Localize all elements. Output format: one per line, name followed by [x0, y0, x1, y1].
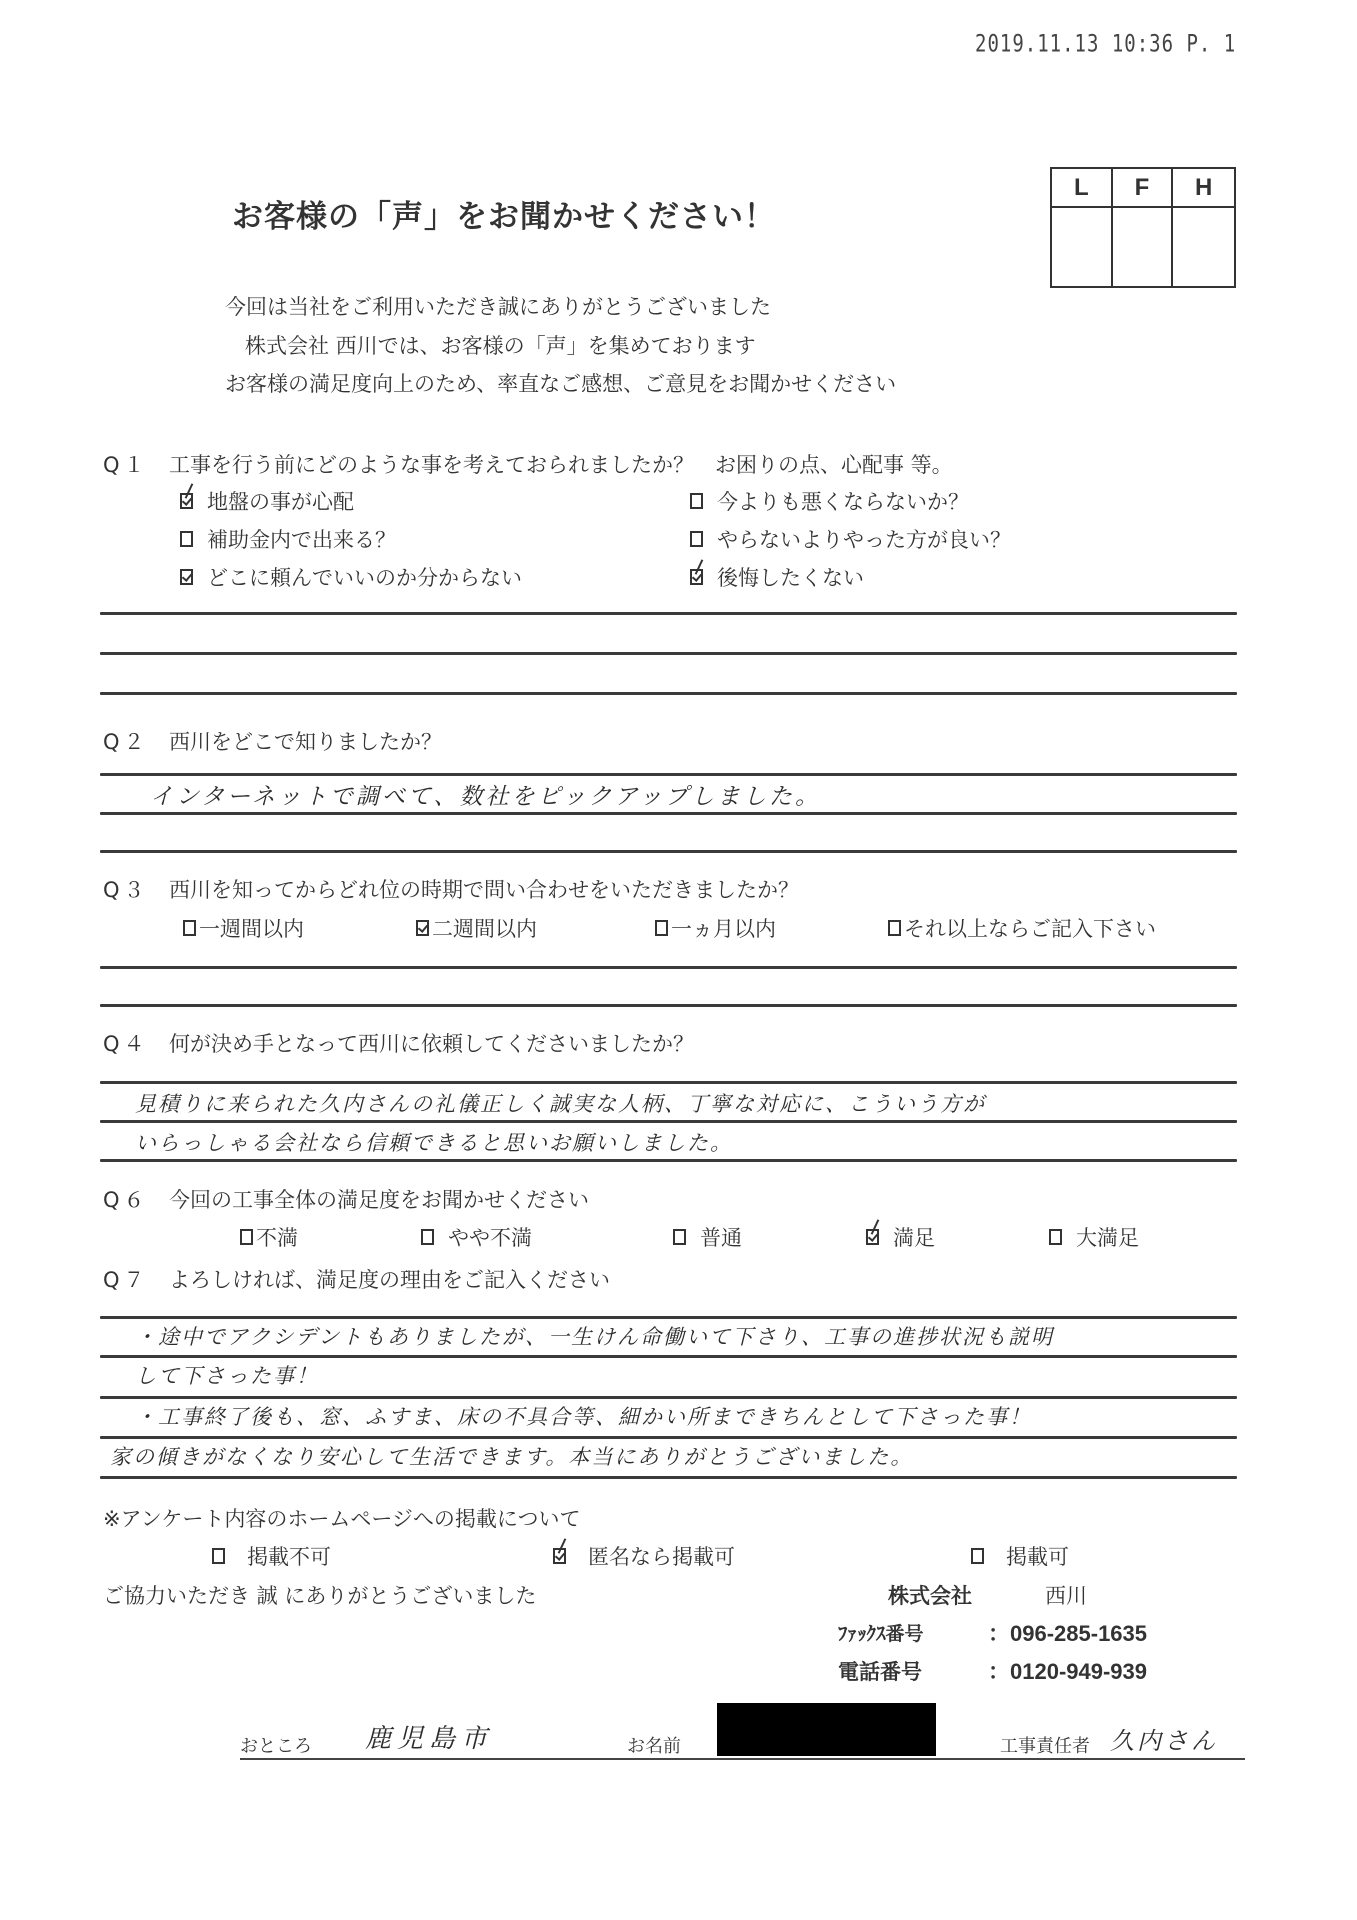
q1-number: Q１: [103, 449, 169, 479]
q1-option-6[interactable]: 後悔したくない: [690, 562, 864, 592]
q1-question: Q１工事を行う前にどのような事を考えておられましたか？ お困りの点、心配事 等。: [103, 449, 953, 479]
q3-option-3[interactable]: 一ヵ月以内: [655, 913, 776, 943]
checkbox-icon[interactable]: [183, 920, 196, 936]
q1-option-3-label: 補助金内で出来る？: [207, 524, 396, 554]
fax-timestamp: 2019.11.13 10:36 P. 1: [975, 30, 1236, 58]
q7-answer-line-4: [100, 1436, 1237, 1439]
q2-answer-line-2: [100, 812, 1237, 815]
q2-text: 西川をどこで知りましたか？: [169, 730, 442, 754]
fax-number: ：096-285-1635: [988, 1617, 1147, 1648]
q7-answer-line-3: [100, 1396, 1237, 1399]
q1-option-5[interactable]: どこに頼んでいいのか分からない: [180, 562, 522, 592]
checkbox-icon[interactable]: [180, 531, 193, 547]
q4-number: Q４: [103, 1028, 169, 1058]
q2-answer-line-1: [100, 773, 1237, 776]
q7-question: Q７よろしければ、満足度の理由をご記入ください: [103, 1264, 610, 1294]
q3-option-3-label: 一ヵ月以内: [671, 913, 776, 943]
lfh-header-l: L: [1052, 169, 1113, 208]
publication-option-3-label: 掲載可: [1006, 1541, 1069, 1571]
q6-option-3-label: 普通: [700, 1222, 742, 1252]
publication-option-1[interactable]: 掲載不可: [212, 1541, 331, 1571]
checkbox-icon[interactable]: [690, 531, 703, 547]
publication-option-2-label: 匿名なら掲載可: [588, 1541, 735, 1571]
tel-label: 電話番号: [838, 1656, 922, 1686]
redacted-name: [717, 1703, 936, 1756]
q1-option-2[interactable]: 今よりも悪くならないか？: [690, 486, 969, 516]
lfh-cell-l[interactable]: [1052, 208, 1113, 286]
lfh-rating-box: L F H: [1050, 167, 1236, 288]
checkbox-icon[interactable]: [240, 1229, 253, 1245]
q7-answer-line-5: [100, 1476, 1237, 1479]
q4-answer-line-2: [100, 1120, 1237, 1123]
q1-answer-line-2: [100, 652, 1237, 655]
q4-text: 何が決め手となって西川に依頼してくださいましたか？: [169, 1032, 694, 1056]
address-label: おところ: [240, 1732, 312, 1758]
fax-label: ﾌｧｯｸｽ番号: [838, 1619, 924, 1646]
lfh-cell-f[interactable]: [1113, 208, 1174, 286]
q3-option-4[interactable]: それ以上ならご記入下さい: [888, 913, 1156, 943]
publication-title: ※アンケート内容のホームページへの掲載について: [103, 1503, 581, 1533]
q1-text: 工事を行う前にどのような事を考えておられましたか？ お困りの点、心配事 等。: [169, 453, 953, 477]
q6-option-5-label: 大満足: [1076, 1222, 1139, 1252]
checkbox-icon[interactable]: [673, 1229, 686, 1245]
checkbox-checked-icon[interactable]: [180, 493, 193, 509]
checkbox-icon[interactable]: [1049, 1229, 1062, 1245]
lfh-header-f: F: [1113, 169, 1174, 208]
q1-answer-line-1: [100, 612, 1237, 615]
checkbox-checked-icon[interactable]: [416, 920, 429, 936]
company-type: 株式会社: [888, 1580, 972, 1610]
q6-option-5[interactable]: 大満足: [1049, 1222, 1139, 1252]
intro-line-2: 株式会社 西川では、お客様の「声」を集めております: [245, 330, 756, 360]
q1-option-3[interactable]: 補助金内で出来る？: [180, 524, 396, 554]
intro-line-3: お客様の満足度向上のため、率直なご感想、ご意見をお聞かせください: [225, 368, 896, 398]
q7-answer-line-1: [100, 1316, 1237, 1319]
q3-option-4-label: それ以上ならご記入下さい: [904, 913, 1156, 943]
checkbox-checked-icon[interactable]: [180, 569, 193, 585]
closing-thanks: ご協力いただき 誠 にありがとうございました: [103, 1580, 536, 1610]
q3-question: Q３西川を知ってからどれ位の時期で問い合わせをいただきましたか？: [103, 874, 799, 904]
q7-handwritten-answer-line-4[interactable]: 家の傾きがなくなり安心して生活できます。本当にありがとうございました。: [110, 1441, 913, 1471]
q6-option-3[interactable]: 普通: [673, 1222, 742, 1252]
checkbox-icon[interactable]: [421, 1229, 434, 1245]
checkbox-checked-icon[interactable]: [866, 1229, 879, 1245]
q4-answer-line-3: [100, 1159, 1237, 1162]
q6-number: Q６: [103, 1184, 169, 1214]
tel-number: ：0120-949-939: [988, 1655, 1147, 1686]
q7-answer-line-2: [100, 1355, 1237, 1358]
q1-option-5-label: どこに頼んでいいのか分からない: [207, 562, 522, 592]
q3-option-1[interactable]: 一週間以内: [183, 913, 304, 943]
q2-handwritten-answer[interactable]: インターネットで調べて、数社をピックアップしました。: [150, 778, 821, 811]
checkbox-icon[interactable]: [212, 1548, 225, 1564]
q1-option-6-label: 後悔したくない: [717, 562, 864, 592]
q1-answer-line-3: [100, 692, 1237, 695]
publication-option-1-label: 掲載不可: [247, 1541, 331, 1571]
signature-line: [240, 1758, 1245, 1760]
q4-answer-line-1: [100, 1081, 1237, 1084]
q1-option-2-label: 今よりも悪くならないか？: [717, 486, 969, 516]
q4-handwritten-answer-line-2[interactable]: いらっしゃる会社なら信頼できると思いお願いしました。: [135, 1127, 733, 1157]
q3-option-1-label: 一週間以内: [199, 913, 304, 943]
q6-option-2-label: やや不満: [448, 1222, 532, 1252]
q7-handwritten-answer-line-1[interactable]: ・途中でアクシデントもありましたが、一生けん命働いて下さり、工事の進捗状況も説明: [135, 1321, 1054, 1351]
q3-text: 西川を知ってからどれ位の時期で問い合わせをいただきましたか？: [169, 878, 799, 902]
q3-answer-line-2: [100, 1004, 1237, 1007]
q7-handwritten-answer-line-3[interactable]: ・工事終了後も、窓、ふすま、床の不具合等、細かい所まできちんとして下さった事！: [135, 1401, 1032, 1431]
q3-answer-line-1: [100, 966, 1237, 969]
q4-handwritten-answer-line-1[interactable]: 見積りに来られた久内さんの礼儀正しく誠実な人柄、丁寧な対応に、こういう方が: [135, 1088, 986, 1118]
checkbox-checked-icon[interactable]: [690, 569, 703, 585]
checkbox-icon[interactable]: [690, 493, 703, 509]
checkbox-icon[interactable]: [655, 920, 668, 936]
q1-option-1[interactable]: 地盤の事が心配: [180, 486, 354, 516]
checkbox-checked-icon[interactable]: [553, 1548, 566, 1564]
q6-question: Q６今回の工事全体の満足度をお聞かせください: [103, 1184, 589, 1214]
lfh-cell-h[interactable]: [1173, 208, 1234, 286]
q2-answer-line-3: [100, 850, 1237, 853]
checkbox-icon[interactable]: [888, 920, 901, 936]
q1-option-4-label: やらないよりやった方が良い？: [717, 524, 1011, 554]
q7-handwritten-answer-line-2[interactable]: して下さった事！: [135, 1360, 319, 1390]
publication-option-2[interactable]: 匿名なら掲載可: [553, 1541, 735, 1571]
q7-text: よろしければ、満足度の理由をご記入ください: [169, 1268, 610, 1292]
q2-number: Q２: [103, 726, 169, 756]
company-name: 西川: [1045, 1580, 1087, 1610]
page-title: お客様の「声」をお聞かせください！: [232, 191, 776, 236]
name-label: お名前: [627, 1732, 681, 1758]
q6-option-1[interactable]: 不満: [240, 1222, 298, 1252]
publication-option-3[interactable]: 掲載可: [971, 1541, 1069, 1571]
q6-option-2[interactable]: やや不満: [421, 1222, 532, 1252]
q7-number: Q７: [103, 1264, 169, 1294]
q2-question: Q２西川をどこで知りましたか？: [103, 726, 442, 756]
q1-option-4[interactable]: やらないよりやった方が良い？: [690, 524, 1011, 554]
lfh-header-h: H: [1173, 169, 1234, 208]
q6-option-4-label: 満足: [893, 1222, 935, 1252]
checkbox-icon[interactable]: [971, 1548, 984, 1564]
q6-text: 今回の工事全体の満足度をお聞かせください: [169, 1188, 589, 1212]
q3-option-2-label: 二週間以内: [432, 913, 537, 943]
manager-value[interactable]: 久内さん: [1110, 1721, 1218, 1756]
manager-label: 工事責任者: [1000, 1732, 1090, 1758]
q1-option-1-label: 地盤の事が心配: [207, 486, 354, 516]
q6-option-4[interactable]: 満足: [866, 1222, 935, 1252]
q3-option-2[interactable]: 二週間以内: [416, 913, 537, 943]
q4-question: Q４何が決め手となって西川に依頼してくださいましたか？: [103, 1028, 694, 1058]
q3-number: Q３: [103, 874, 169, 904]
address-value[interactable]: 鹿児島市: [365, 1718, 493, 1755]
q6-option-1-label: 不満: [256, 1222, 298, 1252]
intro-line-1: 今回は当社をご利用いただき誠にありがとうございました: [225, 291, 771, 321]
